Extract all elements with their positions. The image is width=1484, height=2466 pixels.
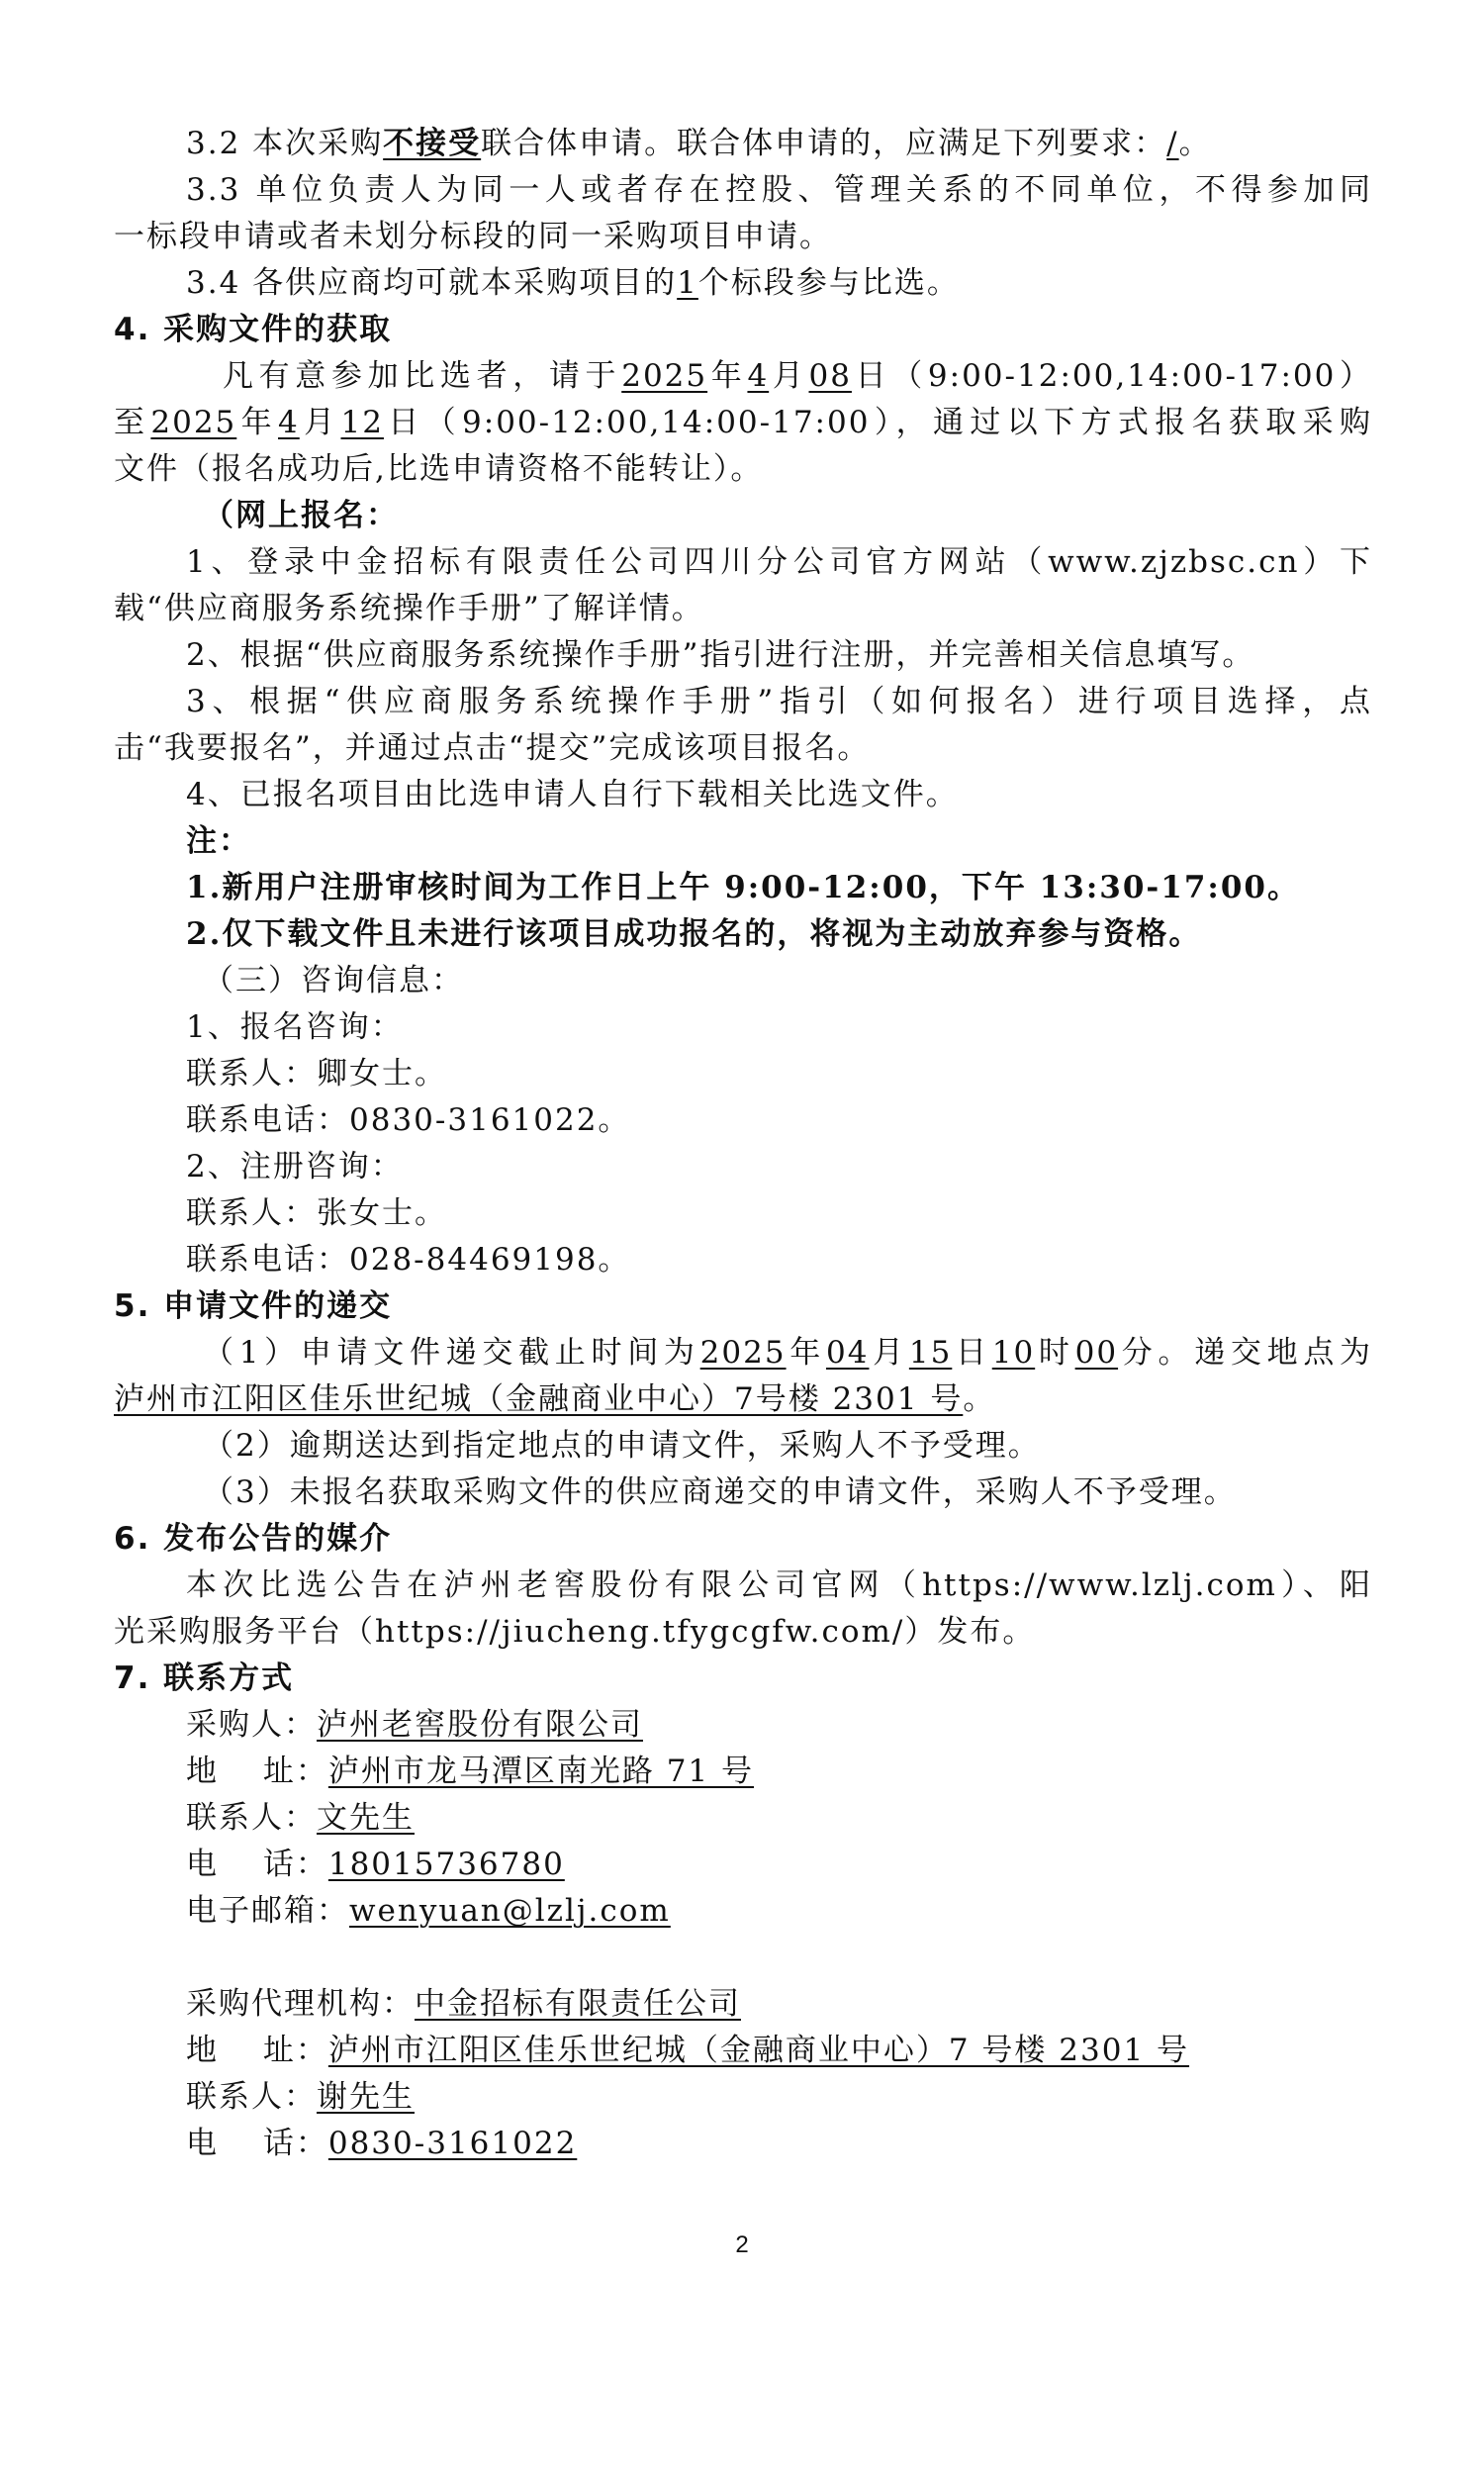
consult-signup-label: 2、注册咨询： bbox=[114, 1144, 1372, 1190]
section-5-heading: 5. 申请文件的递交 bbox=[114, 1283, 1372, 1330]
text: 月 bbox=[869, 1335, 908, 1371]
text: 3.4 各供应商均可就本采购项目的 bbox=[186, 265, 677, 301]
clause-3-3-line2: 一标段申请或者未划分标段的同一采购项目申请。 bbox=[114, 214, 1372, 260]
text: 年 bbox=[707, 358, 747, 394]
step-1-line2: 载“供应商服务系统操作手册”了解详情。 bbox=[114, 586, 1372, 632]
label: 联系人： bbox=[186, 2079, 317, 2115]
agency-phone: 0830-3161022 bbox=[328, 2126, 577, 2161]
section-6-heading: 6. 发布公告的媒介 bbox=[114, 1516, 1372, 1563]
section-4-heading: 4. 采购文件的获取 bbox=[114, 307, 1372, 353]
text: 3.2 本次采购 bbox=[186, 126, 383, 161]
lot-count: 1 bbox=[677, 265, 698, 301]
label: 采购人： bbox=[186, 1707, 317, 1743]
step-3-line2: 击“我要报名”，并通过点击“提交”完成该项目报名。 bbox=[114, 725, 1372, 772]
start-year: 2025 bbox=[621, 358, 707, 394]
section-5-p2: （2）逾期送达到指定地点的申请文件，采购人不予受理。 bbox=[114, 1423, 1372, 1470]
deadline-month: 04 bbox=[826, 1335, 869, 1371]
end-month: 4 bbox=[278, 405, 300, 440]
section-4-p1-line2: 至2025年4月12日（9:00-12:00,14:00-17:00），通过以下… bbox=[114, 400, 1372, 446]
purchaser-email-row: 电子邮箱：wenyuan@lzlj.com bbox=[114, 1888, 1372, 1935]
text: 。 bbox=[1179, 126, 1212, 161]
section-6-p1-line1: 本次比选公告在泸州老窖股份有限公司官网（https://www.lzlj.com… bbox=[114, 1563, 1372, 1609]
agency-name: 中金招标有限责任公司 bbox=[415, 1986, 741, 2022]
consult-registration-phone: 联系电话：0830-3161022。 bbox=[114, 1097, 1372, 1144]
agency-name-row: 采购代理机构：中金招标有限责任公司 bbox=[114, 1981, 1372, 2028]
label: 联系人： bbox=[186, 1800, 317, 1836]
step-1-line1: 1、登录中金招标有限责任公司四川分公司官方网站（www.zjzbsc.cn）下 bbox=[114, 539, 1372, 586]
agency-address-row: 地 址：泸州市江阳区佳乐世纪城（金融商业中心）7 号楼 2301 号 bbox=[114, 2028, 1372, 2074]
consult-registration-label: 1、报名咨询： bbox=[114, 1004, 1372, 1051]
step-2: 2、根据“供应商服务系统操作手册”指引进行注册，并完善相关信息填写。 bbox=[114, 632, 1372, 679]
agency-contact-row: 联系人：谢先生 bbox=[114, 2074, 1372, 2121]
text: 分。递交地点为 bbox=[1118, 1335, 1372, 1371]
purchaser-name: 泸州老窖股份有限公司 bbox=[317, 1707, 643, 1743]
consult-signup-contact: 联系人：张女士。 bbox=[114, 1190, 1372, 1237]
label: 电 话： bbox=[186, 1847, 328, 1882]
clause-3-4: 3.4 各供应商均可就本采购项目的1个标段参与比选。 bbox=[114, 260, 1372, 307]
section-4-p1-line3: 文件（报名成功后,比选申请资格不能转让）。 bbox=[114, 446, 1372, 493]
section-4-p1-line1: 凡有意参加比选者，请于2025年4月08日（9:00-12:00,14:00-1… bbox=[114, 353, 1372, 400]
end-day: 12 bbox=[340, 405, 383, 440]
clause-3-2: 3.2 本次采购不接受联合体申请。联合体申请的，应满足下列要求：/。 bbox=[114, 121, 1372, 167]
end-year: 2025 bbox=[150, 405, 236, 440]
text: 至 bbox=[114, 405, 150, 440]
start-day: 08 bbox=[808, 358, 851, 394]
emphasis-not-accept: 不接受 bbox=[383, 126, 481, 161]
text: 日（9:00-12:00,14:00-17:00） bbox=[852, 358, 1372, 394]
text: 月 bbox=[300, 405, 341, 440]
requirement-blank: / bbox=[1166, 126, 1178, 161]
agency-address: 泸州市江阳区佳乐世纪城（金融商业中心）7 号楼 2301 号 bbox=[328, 2033, 1189, 2068]
text: 日（9:00-12:00,14:00-17:00），通过以下方式报名获取采购 bbox=[384, 405, 1372, 440]
purchaser-email[interactable]: wenyuan@lzlj.com bbox=[349, 1893, 671, 1929]
text: 个标段参与比选。 bbox=[698, 265, 960, 301]
note-1: 1.新用户注册审核时间为工作日上午 9:00-12:00，下午 13:30-17… bbox=[114, 865, 1372, 911]
text: 凡有意参加比选者，请于 bbox=[223, 358, 621, 394]
label: 采购代理机构： bbox=[186, 1986, 415, 2022]
label: 电 话： bbox=[186, 2126, 328, 2161]
consult-title: （三）咨询信息： bbox=[114, 958, 1372, 1004]
step-3-line1: 3、根据“供应商服务系统操作手册”指引（如何报名）进行项目选择，点 bbox=[114, 679, 1372, 725]
page-number: 2 bbox=[732, 2231, 752, 2259]
purchaser-contact: 文先生 bbox=[317, 1800, 415, 1836]
label: 地 址： bbox=[186, 1754, 328, 1789]
text: 时 bbox=[1035, 1335, 1074, 1371]
submission-address: 泸州市江阳区佳乐世纪城（金融商业中心）7号楼 2301 号 bbox=[114, 1381, 963, 1417]
purchaser-phone-row: 电 话：18015736780 bbox=[114, 1842, 1372, 1888]
clause-3-3-line1: 3.3 单位负责人为同一人或者存在控股、管理关系的不同单位，不得参加同 bbox=[114, 167, 1372, 214]
purchaser-address: 泸州市龙马潭区南光路 71 号 bbox=[328, 1754, 754, 1789]
agency-phone-row: 电 话：0830-3161022 bbox=[114, 2121, 1372, 2167]
label: 电子邮箱： bbox=[186, 1893, 349, 1929]
consult-registration-contact: 联系人：卿女士。 bbox=[114, 1051, 1372, 1097]
text: （1）申请文件递交截止时间为 bbox=[203, 1335, 700, 1371]
deadline-hour: 10 bbox=[992, 1335, 1035, 1371]
step-4: 4、已报名项目由比选申请人自行下载相关比选文件。 bbox=[114, 772, 1372, 818]
consult-signup-phone: 联系电话：028-84469198。 bbox=[114, 1237, 1372, 1283]
purchaser-phone: 18015736780 bbox=[328, 1847, 565, 1882]
section-5-p3: （3）未报名获取采购文件的供应商递交的申请文件，采购人不予受理。 bbox=[114, 1470, 1372, 1516]
section-6-p1-line2: 光采购服务平台（https://jiucheng.tfygcgfw.com/）发… bbox=[114, 1609, 1372, 1656]
section-5-p1-line2: 泸州市江阳区佳乐世纪城（金融商业中心）7号楼 2301 号。 bbox=[114, 1376, 1372, 1423]
note-2: 2.仅下载文件且未进行该项目成功报名的，将视为主动放弃参与资格。 bbox=[114, 911, 1372, 958]
online-registration-title: （网上报名： bbox=[114, 493, 1372, 539]
note-title: 注： bbox=[114, 818, 1372, 865]
start-month: 4 bbox=[747, 358, 769, 394]
section-7-heading: 7. 联系方式 bbox=[114, 1656, 1372, 1702]
purchaser-address-row: 地 址：泸州市龙马潭区南光路 71 号 bbox=[114, 1749, 1372, 1795]
text: 。 bbox=[963, 1381, 995, 1417]
purchaser-contact-row: 联系人：文先生 bbox=[114, 1795, 1372, 1842]
deadline-day: 15 bbox=[909, 1335, 952, 1371]
deadline-year: 2025 bbox=[700, 1335, 787, 1371]
text: 联合体申请。联合体申请的，应满足下列要求： bbox=[481, 126, 1166, 161]
label: 地 址： bbox=[186, 2033, 328, 2068]
text: 年 bbox=[787, 1335, 826, 1371]
text: 日 bbox=[952, 1335, 991, 1371]
text: 年 bbox=[236, 405, 278, 440]
section-5-p1-line1: （1）申请文件递交截止时间为2025年04月15日10时00分。递交地点为 bbox=[114, 1330, 1372, 1376]
agency-contact: 谢先生 bbox=[317, 2079, 415, 2115]
document-page: 3.2 本次采购不接受联合体申请。联合体申请的，应满足下列要求：/。 3.3 单… bbox=[0, 0, 1484, 2466]
purchaser-name-row: 采购人：泸州老窖股份有限公司 bbox=[114, 1702, 1372, 1749]
deadline-minute: 00 bbox=[1075, 1335, 1118, 1371]
text: 月 bbox=[769, 358, 808, 394]
